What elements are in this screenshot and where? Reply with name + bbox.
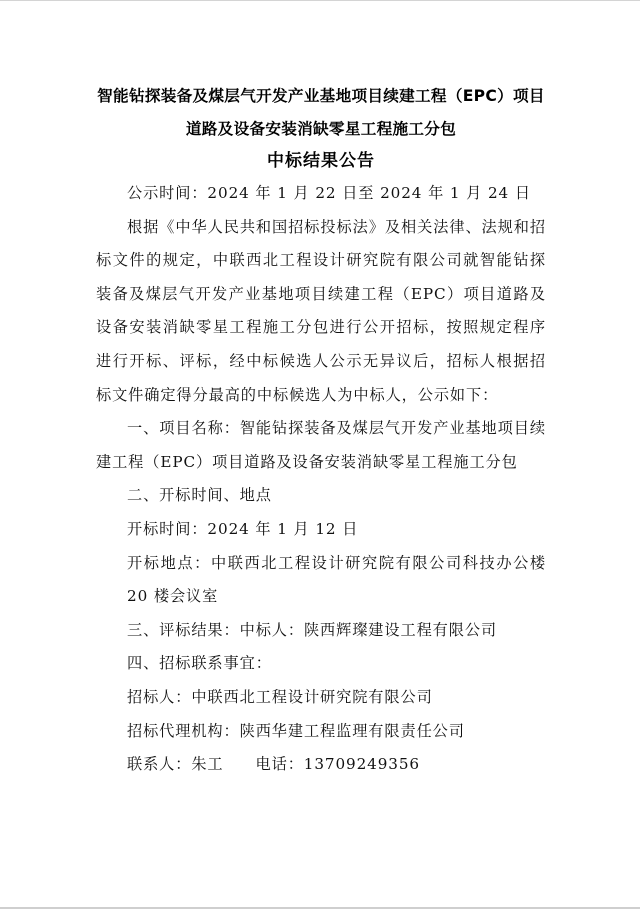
contact-phone: 电话：13709249356 xyxy=(256,755,420,773)
contact-line: 联系人：朱工电话：13709249356 xyxy=(96,748,546,782)
title-line-2: 道路及设备安装消缺零星工程施工分包 xyxy=(96,113,546,145)
page-top-edge xyxy=(0,0,640,1)
opening-location: 开标地点：中联西北工程设计研究院有限公司科技办公楼 20 楼会议室 xyxy=(96,547,546,614)
contact-heading: 四、招标联系事宜： xyxy=(96,647,546,681)
project-name-section: 一、项目名称：智能钻探装备及煤层气开发产业基地项目续建工程（EPC）项目道路及设… xyxy=(96,412,546,479)
contact-person: 联系人：朱工 xyxy=(127,755,224,773)
opening-time: 开标时间：2024 年 1 月 12 日 xyxy=(96,513,546,547)
title-line-1: 智能钻探装备及煤层气开发产业基地项目续建工程（EPC）项目 xyxy=(92,80,550,113)
title-line-3: 中标结果公告 xyxy=(96,145,546,177)
tenderer: 招标人：中联西北工程设计研究院有限公司 xyxy=(96,681,546,715)
announcement-document: 智能钻探装备及煤层气开发产业基地项目续建工程（EPC）项目 道路及设备安装消缺零… xyxy=(96,80,546,782)
publicity-period: 公示时间：2024 年 1 月 22 日至 2024 年 1 月 24 日 xyxy=(96,177,546,211)
tender-agency: 招标代理机构：陕西华建工程监理有限责任公司 xyxy=(96,715,546,749)
evaluation-result: 三、评标结果：中标人：陕西辉璨建设工程有限公司 xyxy=(96,614,546,648)
intro-paragraph: 根据《中华人民共和国招标投标法》及相关法律、法规和招标文件的规定，中联西北工程设… xyxy=(96,211,546,413)
opening-heading: 二、开标时间、地点 xyxy=(96,479,546,513)
